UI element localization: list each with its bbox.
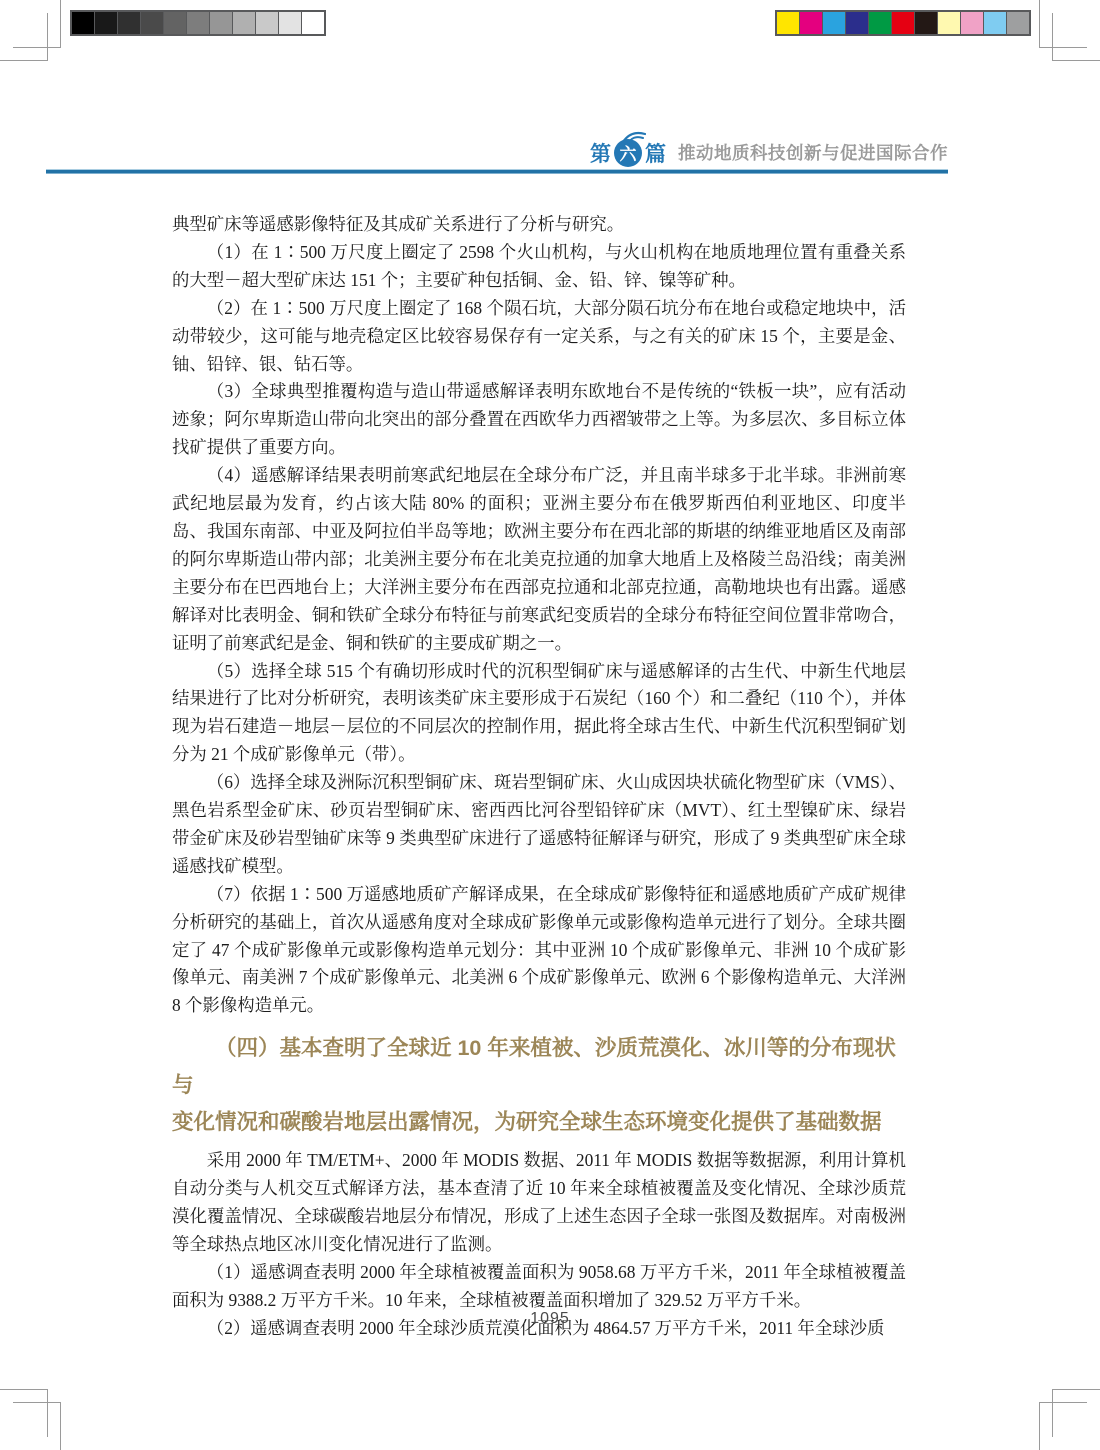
- paragraph: （2）在 1∶500 万尺度上圈定了 168 个陨石坑，大部分陨石坑分布在地台或…: [172, 295, 906, 379]
- part-label: 第 六 篇: [590, 138, 666, 168]
- calibration-swatch: [118, 12, 141, 34]
- scanned-book-page: 第 六 篇 推动地质科技创新与促进国际合作 典型矿床等遥感影像特征及其成矿关系进…: [0, 0, 1100, 1450]
- section-heading: （四）基本查明了全球近 10 年来植被、沙质荒漠化、冰川等的分布现状与 变化情况…: [172, 1030, 906, 1141]
- calibration-swatch: [233, 12, 256, 34]
- calibration-swatch: [846, 12, 869, 34]
- part-prefix: 第: [590, 138, 611, 168]
- paragraph: （1）在 1∶500 万尺度上圈定了 2598 个火山机构，与火山机构在地质地理…: [172, 239, 906, 295]
- part-suffix: 篇: [645, 138, 666, 168]
- calibration-swatch: [1007, 12, 1029, 34]
- paragraph: （1）遥感调查表明 2000 年全球植被覆盖面积为 9058.68 万平方千米，…: [172, 1259, 906, 1315]
- calibration-swatch: [256, 12, 279, 34]
- part-number-circle: 六: [614, 139, 642, 167]
- crop-mark-top-left-inner: [0, 13, 48, 61]
- calibration-swatch: [777, 12, 800, 34]
- calibration-swatch: [302, 12, 324, 34]
- grayscale-calibration-bar: [70, 10, 326, 36]
- calibration-swatch: [72, 12, 95, 34]
- calibration-swatch: [984, 12, 1007, 34]
- calibration-swatch: [915, 12, 938, 34]
- running-head: 第 六 篇 推动地质科技创新与促进国际合作: [46, 136, 948, 169]
- paragraph: （4）遥感解译结果表明前寒武纪地层在全球分布广泛，并且南半球多于北半球。非洲前寒…: [172, 462, 906, 657]
- calibration-swatch: [141, 12, 164, 34]
- paragraph: 采用 2000 年 TM/ETM+、2000 年 MODIS 数据、2011 年…: [172, 1147, 906, 1259]
- header-rule: [46, 169, 948, 174]
- paragraph: 典型矿床等遥感影像特征及其成矿关系进行了分析与研究。: [172, 211, 906, 239]
- calibration-swatch: [823, 12, 846, 34]
- calibration-swatch: [892, 12, 915, 34]
- calibration-swatch: [279, 12, 302, 34]
- part-number-badge: 六: [614, 139, 642, 167]
- section-heading-line-1: （四）基本查明了全球近 10 年来植被、沙质荒漠化、冰川等的分布现状与: [172, 1030, 906, 1104]
- paragraph: （3）全球典型推覆构造与造山带遥感解译表明东欧地台不是传统的“铁板一块”，应有活…: [172, 378, 906, 462]
- paragraph: （6）选择全球及洲际沉积型铜矿床、斑岩型铜矿床、火山成因块状硫化物型矿床（VMS…: [172, 769, 906, 881]
- crop-mark-top-right-inner: [1052, 13, 1100, 61]
- calibration-swatch: [210, 12, 233, 34]
- calibration-swatch: [938, 12, 961, 34]
- running-head-title: 推动地质科技创新与促进国际合作: [678, 140, 948, 165]
- calibration-swatch: [869, 12, 892, 34]
- calibration-swatch: [164, 12, 187, 34]
- calibration-swatch: [800, 12, 823, 34]
- paragraph: （7）依据 1∶500 万遥感地质矿产解译成果，在全球成矿影像特征和遥感地质矿产…: [172, 881, 906, 1021]
- page-body: 典型矿床等遥感影像特征及其成矿关系进行了分析与研究。 （1）在 1∶500 万尺…: [172, 211, 906, 1343]
- page-number: 1095: [0, 1310, 1100, 1328]
- color-calibration-bar: [775, 10, 1031, 36]
- calibration-swatch: [961, 12, 984, 34]
- paragraph: （5）选择全球 515 个有确切形成时代的沉积型铜矿床与遥感解译的古生代、中新生…: [172, 658, 906, 770]
- calibration-swatch: [187, 12, 210, 34]
- calibration-swatch: [95, 12, 118, 34]
- badge-swoosh-icon: [622, 129, 646, 143]
- crop-mark-bottom-right-inner: [1052, 1389, 1100, 1437]
- section-heading-line-2: 变化情况和碳酸岩地层出露情况，为研究全球生态环境变化提供了基础数据: [172, 1104, 906, 1141]
- crop-mark-bottom-left-inner: [0, 1389, 48, 1437]
